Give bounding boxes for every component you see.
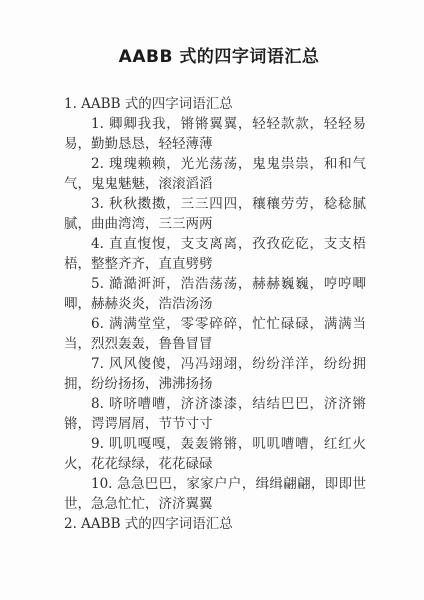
word-list-item-4: 4. 直直愎愎，支支离离，孜孜矻矻，支支梧梧，整整齐齐，直直劈劈 [64, 234, 366, 274]
word-list-item-9: 9. 叽叽嘎嘎，轰轰锵锵，叽叽嘈嘈，红红火火，花花绿绿，花花碌碌 [64, 434, 366, 474]
word-list-item-1: 1. 卿卿我我，锵锵翼翼，轻轻款款，轻轻易易，勤勤恳恳，轻轻薄薄 [64, 114, 366, 154]
word-list-item-3: 3. 秋秋擞擞，三三四四，穰穰劳劳，稔稔腻腻，曲曲湾湾，三三两两 [64, 194, 366, 234]
word-list-item-2: 2. 瑰瑰赖赖，光光荡荡，鬼鬼祟祟，和和气气，鬼鬼魅魅，滚滚滔滔 [64, 154, 366, 194]
document-canvas: { "page": { "title": "AABB 式的四字词语汇总", "s… [0, 0, 424, 600]
document-title: AABB 式的四字词语汇总 [72, 46, 366, 68]
document-page: AABB 式的四字词语汇总 1. AABB 式的四字词语汇总 1. 卿卿我我，锵… [0, 0, 424, 600]
word-list-item-7: 7. 风风傻傻，冯冯翊翊，纷纷洋洋，纷纷拥拥，纷纷扬扬，沸沸扬扬 [64, 354, 366, 394]
word-list-item-10: 10. 急急巴巴，家家户户，缉缉翩翩，即即世世，急急忙忙，济济翼翼 [64, 474, 366, 514]
section-heading-1: 1. AABB 式的四字词语汇总 [64, 94, 366, 114]
section-heading-2: 2. AABB 式的四字词语汇总 [64, 514, 366, 534]
word-list-item-5: 5. 澔澔涆涆，浩浩荡荡，赫赫巍巍，哼哼唧唧，赫赫炎炎，浩浩汤汤 [64, 274, 366, 314]
document-body: 1. AABB 式的四字词语汇总 1. 卿卿我我，锵锵翼翼，轻轻款款，轻轻易易，… [64, 94, 366, 534]
word-list-item-8: 8. 哜哜嘈嘈，济济漆漆，结结巴巴，济济锵锵，谔谔屑屑，节节寸寸 [64, 394, 366, 434]
word-list-item-6: 6. 满满堂堂，零零碎碎，忙忙碌碌，满满当当，烈烈轰轰，鲁鲁冒冒 [64, 314, 366, 354]
